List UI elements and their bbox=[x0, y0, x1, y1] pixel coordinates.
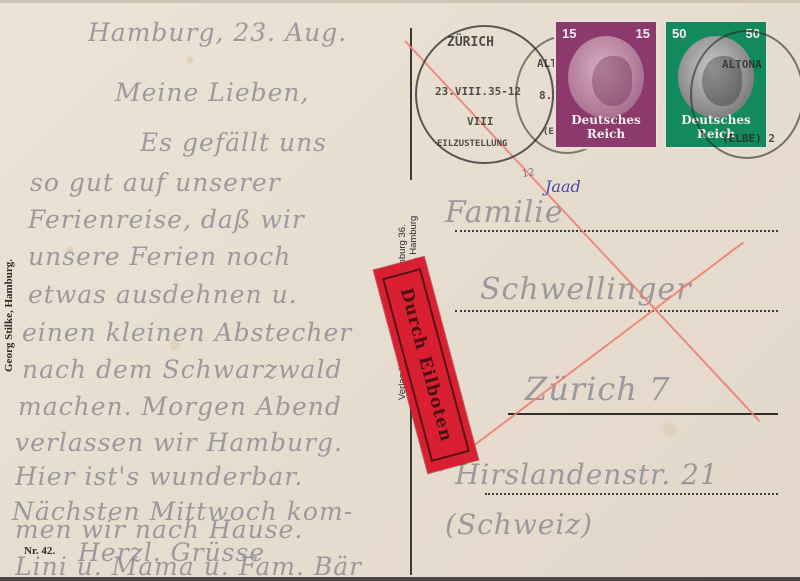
address-line: Familie bbox=[445, 195, 564, 230]
portrait-medallion bbox=[568, 36, 644, 118]
message-line: etwas ausdehnen u. bbox=[28, 280, 298, 309]
message-line: Ferienreise, daß wir bbox=[28, 205, 305, 234]
address-line: Schwellinger bbox=[480, 272, 692, 307]
message-line: Hier ist's wunderbar. bbox=[15, 462, 303, 491]
address-line-3 bbox=[508, 413, 778, 415]
message-line: Hamburg, 23. Aug. bbox=[88, 18, 347, 47]
message-line: Meine Lieben, bbox=[115, 78, 309, 107]
message-line: Es gefällt uns bbox=[140, 128, 327, 157]
postcard-back: Georg Stilke, Hamburg. Verlag H.v.Segger… bbox=[0, 0, 800, 581]
postmark-altona-2: ALTONA (ELBE) 2 bbox=[690, 30, 800, 159]
card-top-edge bbox=[0, 0, 800, 3]
address-line-4 bbox=[485, 493, 778, 495]
message-line: unsere Ferien noch bbox=[28, 242, 291, 271]
small-note: 12 bbox=[521, 167, 535, 180]
address-line-1 bbox=[455, 230, 778, 232]
message-line: verlassen wir Hamburg. bbox=[15, 428, 343, 457]
express-delivery-label: Durch Eilboten bbox=[374, 257, 479, 473]
message-line: machen. Morgen Abend bbox=[18, 392, 342, 421]
address-line: (Schweiz) bbox=[445, 508, 593, 541]
message-line: Lini u. Mama u. Fam. Bär bbox=[15, 552, 362, 581]
handwritten-mark: Jaad bbox=[545, 177, 581, 196]
address-line: Hirslandenstr. 21 bbox=[455, 458, 719, 491]
message-line: nach dem Schwarzwald bbox=[22, 355, 342, 384]
divider-line-top bbox=[410, 28, 412, 180]
message-line: einen kleinen Abstecher bbox=[22, 318, 352, 347]
printer-credit: Georg Stilke, Hamburg. bbox=[3, 259, 15, 372]
stamp-15-pfennig: 15 15 Deutsches Reich bbox=[556, 22, 656, 147]
address-line-2 bbox=[455, 310, 778, 312]
message-line: so gut auf unserer bbox=[30, 168, 281, 197]
divider-line-bottom bbox=[410, 400, 412, 575]
